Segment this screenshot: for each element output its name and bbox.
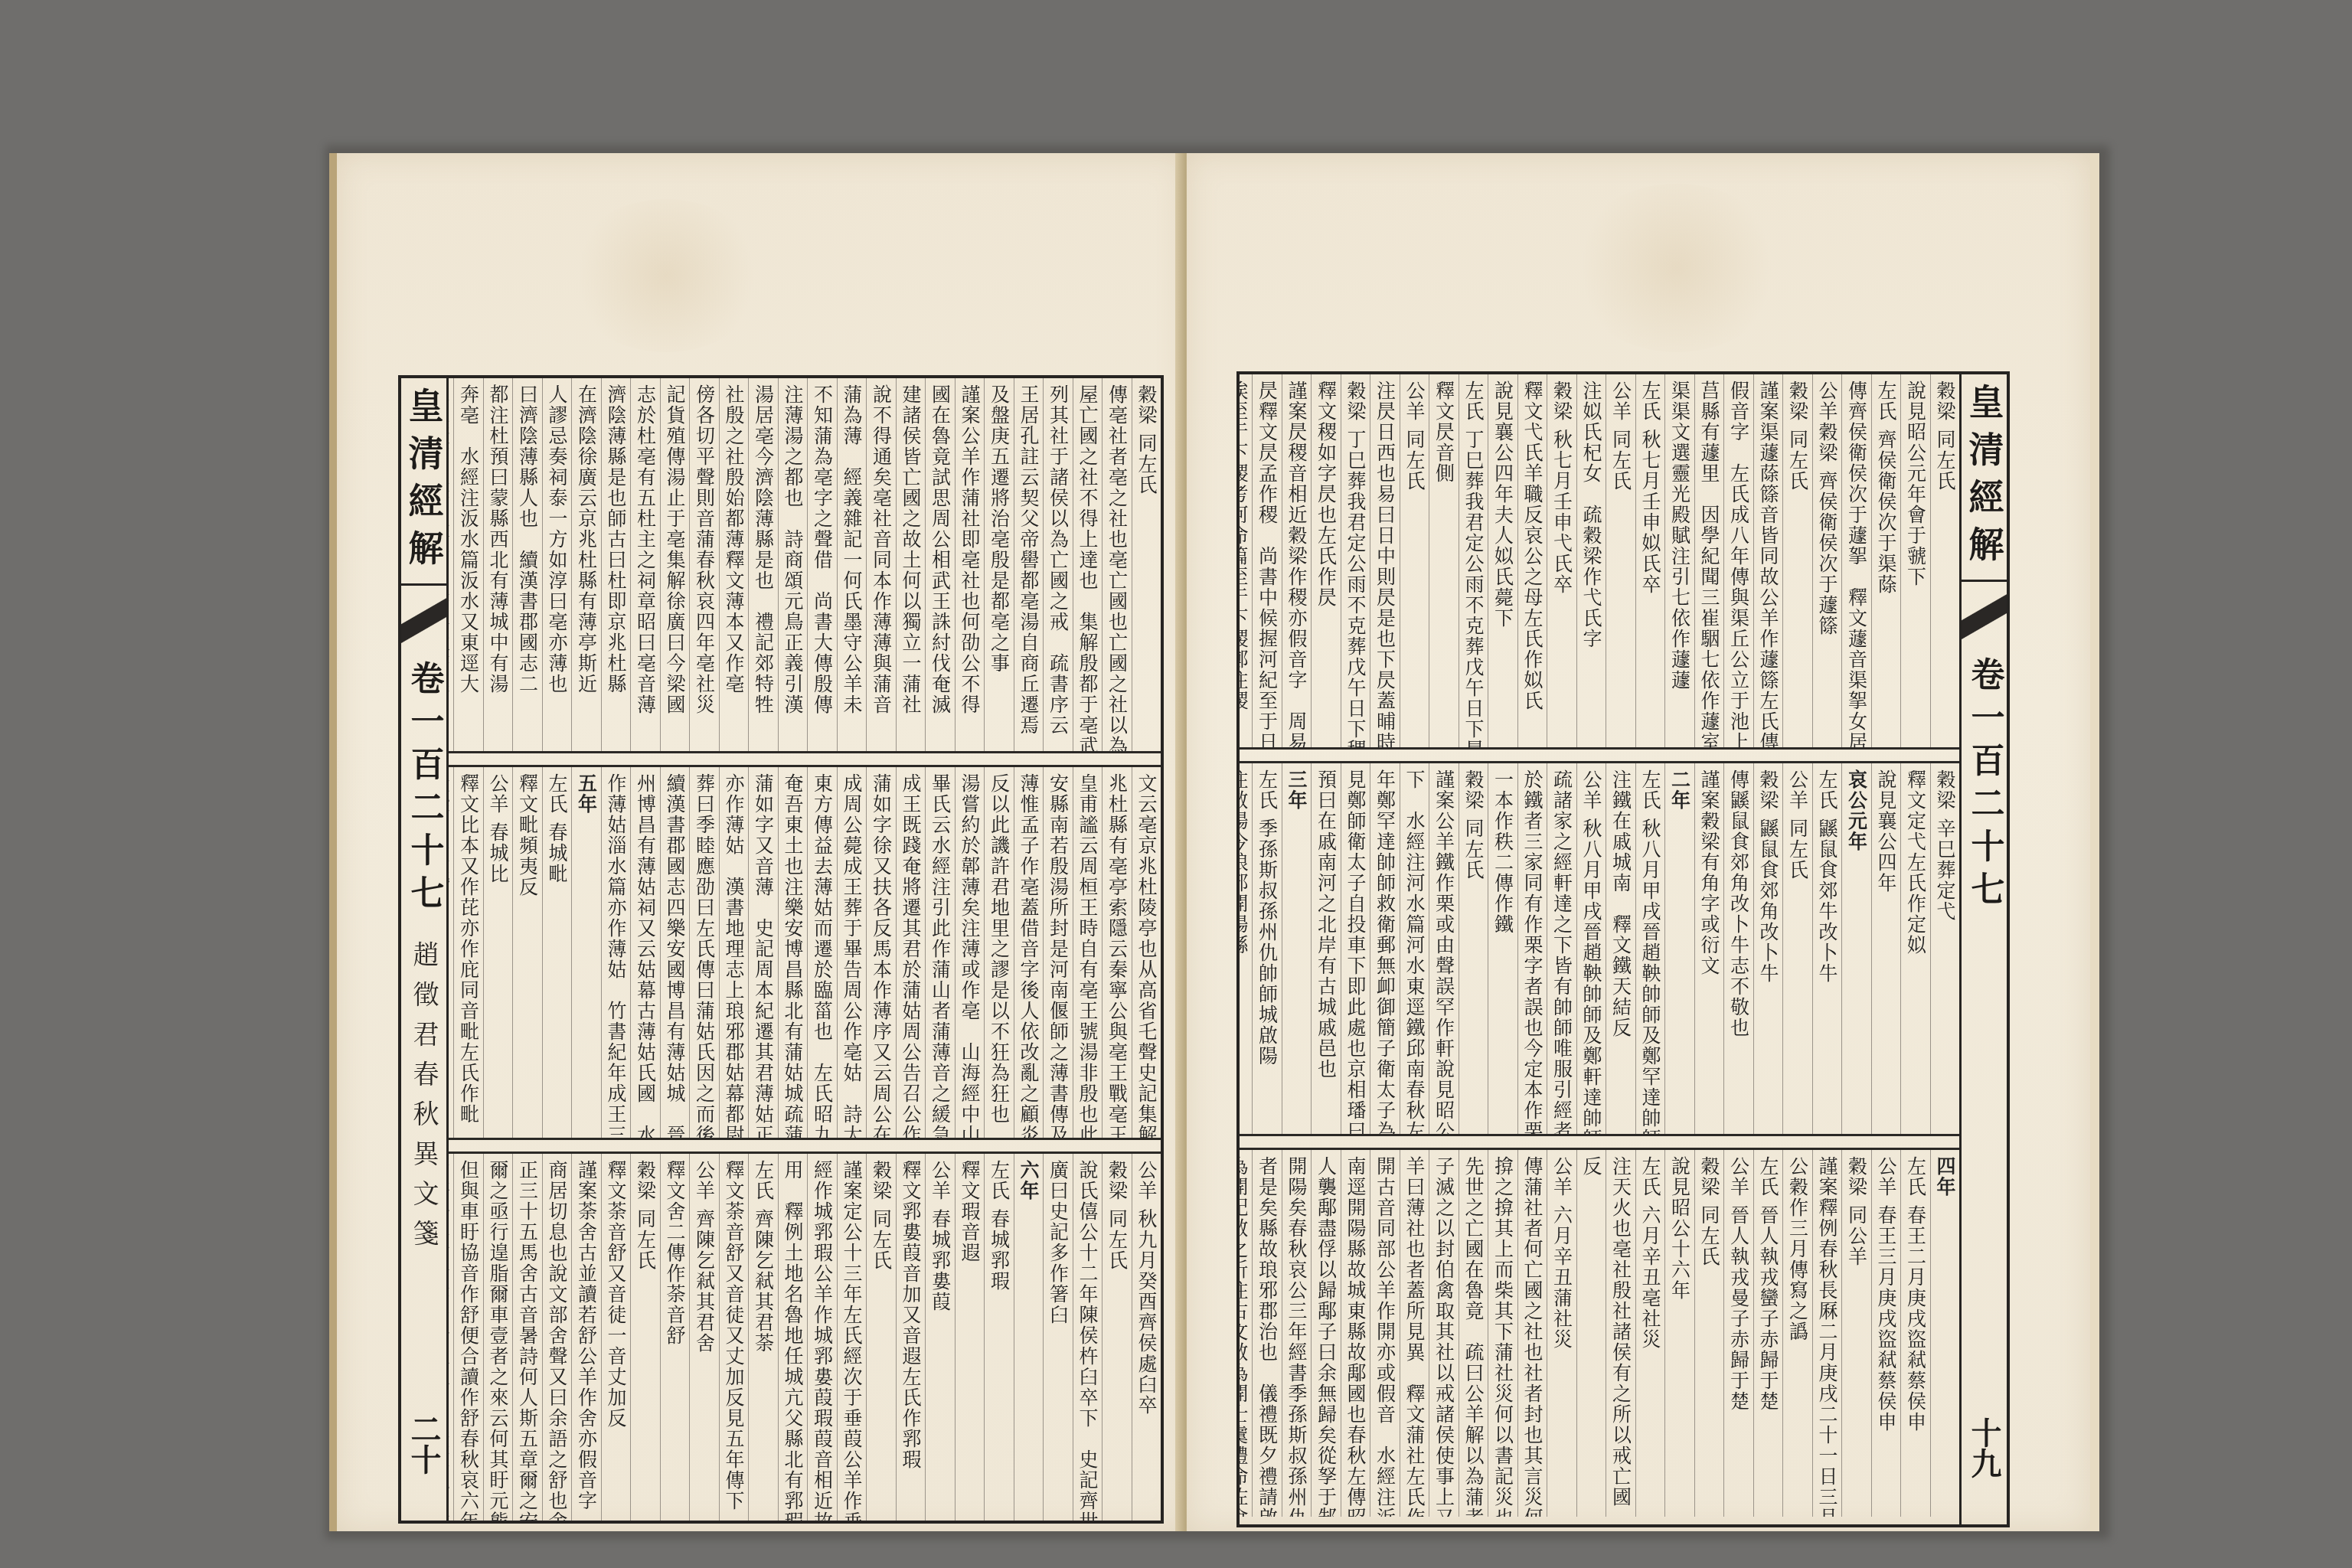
text-column: 記貨殖傳湯止于亳集解徐廣曰今梁國 — [660, 378, 690, 751]
text-column: 穀梁 丁巳葬我君定公雨不克葬戊午日下稷乃克葬 — [1341, 374, 1370, 747]
text-column: 蒲如字徐又扶各反馬本作薄序又云周公在豐將沒 — [866, 767, 896, 1138]
text-column: 左氏 季孫斯叔孫州仇帥師城啟陽 — [1252, 763, 1282, 1134]
text-column: 人謬忌奏祠泰一方如淳曰亳亦薄也 — [542, 378, 572, 751]
text-column: 經作城郛瑕公羊作城郛婁葭瑕葭音相近故公羊假音互 — [807, 1154, 837, 1521]
text-column: 穀梁 鼷鼠食郊角改卜牛 — [1753, 763, 1783, 1134]
text-column: 湯居亳今濟陰薄縣是也 禮記郊特牲 — [748, 378, 778, 751]
text-column: 疏諸家之經軒達之下皆有帥師唯服引經者無與諸家異 — [1547, 763, 1576, 1134]
text-column: 屋亡國之社不得上達也 集解殷都于亳武王克紂而班 — [1073, 378, 1102, 751]
text-column: 傳齊侯衛侯次于蘧挐 釋文蘧音渠挐女居反又女加反 — [1841, 374, 1871, 747]
text-column: 穀梁 秋七月壬申弋氏卒 — [1547, 374, 1576, 747]
text-column: 公羊穀梁 齊侯衛侯次于蘧篨 — [1812, 374, 1842, 747]
text-column: 年鄭罕達帥師救衛郵無卹御簡子衛太子為右登鐵上望 — [1370, 763, 1400, 1134]
text-column: 社殷之社殷始都薄釋文薄本又作亳 — [719, 378, 749, 751]
text-column: 俟至于下稷考河命篇至于下稷鄭注稷 — [1240, 374, 1252, 747]
right-register-middle: 穀梁 辛巳葬定弋釋文定弋左氏作定姒說見襄公四年哀公元年左氏 鼷鼠食郊牛改卜牛公羊… — [1240, 761, 1959, 1136]
text-column: 薄惟孟子作亳蓋借音字後人依改亂之顧炎武不考 — [1014, 767, 1044, 1138]
text-column: 釋文弋氏羊職反哀公之母左氏作姒氏 — [1517, 374, 1547, 747]
left-page-frame: 皇清經解 卷一百二十七 趙徵君春秋異文箋 二十 穀梁 同左氏傳亳社者亳之社也亳亡… — [398, 375, 1164, 1524]
text-column: 莒縣有蘧里 因學紀聞三崔駰七依作蘧室之美云夏屋 — [1694, 374, 1724, 747]
text-column: 公羊 六月辛丑蒲社災 — [1547, 1150, 1576, 1517]
text-column: 為開記啟之昕注古文啟為開士虞禮命佐食啟會注今文 — [1240, 1150, 1252, 1517]
paper-stain — [567, 199, 766, 352]
text-column: 說見襄公四年 — [1871, 763, 1901, 1134]
text-column: 釋文比本又作芘亦作庇同音毗左氏作毗 — [453, 767, 483, 1138]
text-column: 注啟陽今琅邪開陽縣 — [1240, 763, 1252, 1134]
text-column: 東方傳益去薄姑而遷於臨菑也 左氏昭九年傳蒲 — [807, 767, 837, 1138]
text-column: 在濟陰徐廣云京兆杜縣有薄亭斯近 — [571, 378, 601, 751]
text-column: 公羊 晉人執戎曼子赤歸于楚 — [1723, 1150, 1753, 1517]
text-column: 公穀作三月傳寫之譌 — [1782, 1150, 1812, 1517]
text-column: 下 水經注河水篇河水東逕鐵邱南春秋左氏傳哀公二 — [1400, 763, 1429, 1134]
text-column: 亦作薄姑 漢書地理志上琅邪郡姑幕都尉治或曰 — [719, 767, 749, 1138]
left-register-bottom: 公羊 秋九月癸酉齊侯處臼卒穀梁 同左氏說氏僖公十二年陳侯杵臼卒下 史記齊世家作杵… — [449, 1151, 1161, 1521]
text-column: 謹案昃稷音相近穀梁作稷亦假音字 周易豐彖日中則 — [1282, 374, 1312, 747]
text-column: 蒲為薄 經義雜記一何氏墨守公羊未 — [837, 378, 867, 751]
text-column: 爾之亟行遑脂爾車壹者之來云何其盱元熊朋來曰舍非 — [483, 1154, 513, 1521]
text-column: 曰濟陰薄縣人也 續漢書郡國志二 — [512, 378, 542, 751]
text-column: 兆杜縣有亳亭索隱云秦寧公與亳王戰亳王奔戎遂滅湯 — [1102, 767, 1132, 1138]
text-column: 四年 — [1930, 1150, 1960, 1517]
volume-label: 卷一百二十七 — [1960, 657, 2009, 914]
text-column: 公羊 秋八月甲戌晉趙鞅帥師及鄭軒達帥師戰于栗鄭師敗績 — [1576, 763, 1606, 1134]
text-column: 成周公薨成王葬于畢告周公作亳姑 詩大雅烝民 — [837, 767, 867, 1138]
text-column: 南逕開陽縣故城東縣故鄅國也春秋左傳昭公十八年邾 — [1341, 1150, 1370, 1517]
text-column: 州博昌有薄姑祠又云姑幕古薄姑氏國 水經注濟 — [630, 767, 660, 1138]
text-column: 釋文舍二傳作荼音舒 — [660, 1154, 690, 1521]
text-column: 列其社于諸侯以為亡國之戒 疏書序云 — [1043, 378, 1073, 751]
text-column: 公羊 春城比 — [483, 767, 513, 1138]
text-column: 謹案公羊作蒲社即亳社也何劭公不得 — [955, 378, 985, 751]
text-column: 羊曰薄社也者蓋所見異 釋文蒲社左氏作亳社 — [1400, 1150, 1429, 1517]
text-column: 先世之亡國在魯竟 疏曰公羊解以為蒲者古國之名天 — [1459, 1150, 1488, 1517]
text-column: 開陽矣春秋哀公三年經書季孫斯叔孫州仇帥師城啟陽 — [1282, 1150, 1312, 1517]
text-column: 子滅之以封伯禽取其社以戒諸侯使事上又曰賈氏云公 — [1429, 1150, 1459, 1517]
fishtail-mark-icon — [1962, 580, 2007, 651]
text-column: 安縣南若殷湯所封是河南偃師之薄書傳及本書亦多 — [1043, 767, 1073, 1138]
text-column: 左氏 鼷鼠食郊牛改卜牛 — [1812, 763, 1842, 1134]
text-column: 說不得通矣亳社音同本作薄薄與蒲音 — [866, 378, 896, 751]
text-column: 濟陰薄縣是也師古曰杜即京兆杜縣 — [601, 378, 631, 751]
text-column: 穀梁 同左氏 — [1694, 1150, 1724, 1517]
text-column: 穀梁 同左氏 — [1102, 1154, 1132, 1521]
text-column: 都注杜預曰蒙縣西北有薄城中有湯 — [483, 378, 513, 751]
text-column: 穀梁 同左氏 — [630, 1154, 660, 1521]
text-column: 左氏 晉人執戎蠻子赤歸于楚 — [1753, 1150, 1783, 1517]
text-column: 廣曰史記多作箸臼 — [1043, 1154, 1073, 1521]
text-column: 一本作秩二傳作鐵 — [1488, 763, 1517, 1134]
text-column: 六年 — [1014, 1154, 1044, 1521]
text-column: 傳亳社者亳之社也亳亡國也亡國之社以為廟屏戒也其 — [1102, 378, 1132, 751]
left-page-body: 穀梁 同左氏傳亳社者亳之社也亳亡國也亡國之社以為廟屏戒也其屋亡國之社不得上達也 … — [449, 378, 1161, 1521]
text-column: 見鄭師衛太子自投車下即此處也京相璠曰鐵邱名也杜 — [1341, 763, 1370, 1134]
text-column: 昃釋文昃孟作稷 尚書中候握河紀至于日稷運衡篇退 — [1252, 374, 1282, 747]
text-column: 穀梁 同左氏 — [1930, 374, 1960, 747]
page-number: 二十 — [402, 1413, 446, 1475]
text-column: 湯嘗約於郼薄矣注薄或作亳 山海經中山經薄山 — [955, 767, 985, 1138]
text-column: 左氏 春城郛瑕 — [984, 1154, 1014, 1521]
right-page-frame: 皇清經解 卷一百二十七 十九 穀梁 同左氏說見昭公元年會于虢下左氏 齊侯衛侯次于… — [1236, 371, 2010, 1527]
text-column: 左氏 齊陳乞弒其君荼 — [748, 1154, 778, 1521]
text-column: 左氏 秋八月甲戌晉趙鞅帥師及鄭罕達帥師戰于鐵鄭師敗績 — [1635, 763, 1665, 1134]
text-column: 釋文荼音舒又音徒又丈加反見五年傳下 — [719, 1154, 749, 1521]
text-column: 蒲如字又音薄 史記周本紀遷其君薄姑正義引括 — [748, 767, 778, 1138]
text-column: 穀梁 同左氏 — [1132, 378, 1161, 751]
right-register-bottom: 四年左氏 春王二月庚戌盜弒蔡侯申公羊 春王三月庚戌盜弒蔡侯申穀梁 同公羊謹案釋例… — [1240, 1148, 1959, 1517]
text-column: 文云亳京兆杜陵亭也从高省乇聲史記集解云徐廣曰京 — [1132, 767, 1161, 1138]
text-column: 公羊 齊陳乞弒其君舍 — [689, 1154, 719, 1521]
text-column: 傳鼷鼠食郊角改卜牛志不敬也 — [1723, 763, 1753, 1134]
work-subtitle: 趙徵君春秋異文箋 — [405, 941, 443, 1259]
text-column: 者是矣縣故琅邪郡治也 儀禮既夕禮請啟期注今文啟 — [1252, 1150, 1282, 1517]
book-title: 皇清經解 — [1959, 384, 2010, 573]
text-column: 注姒氏杞女 疏穀梁作弋氏字 — [1576, 374, 1606, 747]
text-column: 注天火也亳社殷社諸侯有之所以戒亡國 釋文亳步洛 — [1606, 1150, 1635, 1517]
text-column: 左氏 春城毗 — [542, 767, 572, 1138]
text-column: 謹案渠蘧蒢篨音皆同故公羊作蘧篨左氏傳又作蘧挐亦 — [1753, 374, 1783, 747]
text-column: 商居切息也說文部舍聲又曰余語之舒也舍省聲 唐韻 — [542, 1154, 572, 1521]
text-column: 說氏僖公十二年陳侯杵臼卒下 史記齊世家作杵臼徐 — [1073, 1154, 1102, 1521]
right-register-top: 穀梁 同左氏說見昭公元年會于虢下左氏 齊侯衛侯次于渠蒢傳齊侯衛侯次于蘧挐 釋文蘧… — [1240, 374, 1959, 750]
text-column: 注薄湯之都也 詩商頌元鳥正義引漢 — [778, 378, 808, 751]
text-column: 於鐵者三家同有作栗字者誤也今定本作栗字 釋文栗 — [1517, 763, 1547, 1134]
text-column: 皇甫謐云周桓王時自有亳王號湯非殷也此亳在陝西 — [1073, 767, 1102, 1138]
left-register-top: 穀梁 同左氏傳亳社者亳之社也亳亡國也亡國之社以為廟屏戒也其屋亡國之社不得上達也 … — [449, 378, 1161, 753]
text-column: 謹案穀梁有角字或衍文 — [1694, 763, 1724, 1134]
text-column: 穀梁 同左氏 — [866, 1154, 896, 1521]
text-column: 國在魯竟試思周公相武王誅紂伐奄滅 — [925, 378, 955, 751]
text-column: 釋文荼音舒又音徒一音丈加反 — [601, 1154, 631, 1521]
text-column: 人襲鄅盡俘以歸鄅子曰余無歸矣從孥于邾是也後更名 — [1311, 1150, 1341, 1517]
right-page-margin-column: 皇清經解 卷一百二十七 十九 — [1959, 374, 2007, 1524]
text-column: 左氏 丁巳葬我君定公雨不克葬戊午日下昃乃克葬 — [1459, 374, 1488, 747]
text-column: 謹案釋例春秋長厤二月庚戌二十一日三月不得有庚戌 — [1812, 1150, 1842, 1517]
text-column: 奄吾東土也注樂安博昌縣北有蒲姑城疏蒲姑齊也 — [778, 767, 808, 1138]
text-column: 左氏 秋七月壬申姒氏卒 — [1635, 374, 1665, 747]
text-column: 左氏 六月辛丑亳社災 — [1635, 1150, 1665, 1517]
text-column: 釋文毗頻夷反 — [512, 767, 542, 1138]
text-column: 穀梁 同左氏 — [1782, 374, 1812, 747]
text-column: 穀梁 辛巳葬定弋 — [1930, 763, 1960, 1134]
fishtail-mark-icon — [401, 583, 446, 655]
text-column: 建諸侯皆亡國之故土何以獨立一蒲社 — [896, 378, 926, 751]
page-number: 十九 — [1962, 1417, 2006, 1478]
book-title: 皇清經解 — [399, 387, 449, 577]
right-page-body: 穀梁 同左氏說見昭公元年會于虢下左氏 齊侯衛侯次于渠蒢傳齊侯衛侯次于蘧挐 釋文蘧… — [1240, 374, 1959, 1524]
text-column: 反 — [1576, 1150, 1606, 1517]
volume-label: 卷一百二十七 — [400, 661, 449, 918]
text-column: 渠渠文選靈光殿賦注引七依作蘧蘧 — [1664, 374, 1694, 747]
text-column: 釋文稷如字昃也左氏作昃 — [1311, 374, 1341, 747]
text-column: 公羊 春王三月庚戌盜弒蔡侯申 — [1871, 1150, 1901, 1517]
text-column: 公羊 春城郛婁葭 — [925, 1154, 955, 1521]
left-register-middle: 文云亳京兆杜陵亭也从高省乇聲史記集解云徐廣曰京兆杜縣有亳亭索隱云秦寧公與亳王戰亳… — [449, 765, 1161, 1140]
text-column: 預曰在戚南河之北岸有古城戚邑也 — [1311, 763, 1341, 1134]
text-column: 說見襄公四年夫人姒氏薨下 — [1488, 374, 1517, 747]
text-column: 王居孔註云契父帝嚳都亳湯自商丘遷焉 — [1014, 378, 1044, 751]
text-column: 作薄姑淄水篇亦作薄姑 竹書紀年成王三年滅蒲 — [601, 767, 631, 1138]
text-column: 左氏 春王二月庚戌盜弒蔡侯申 — [1900, 1150, 1930, 1517]
text-column: 公羊 同左氏 — [1606, 374, 1635, 747]
text-column: 揜之揜其上而柴其下蒲社災何以書記災也 注蒲社者 — [1488, 1150, 1517, 1517]
text-column: 公羊 同左氏 — [1400, 374, 1429, 747]
right-page: 皇清經解 卷一百二十七 十九 穀梁 同左氏說見昭公元年會于虢下左氏 齊侯衛侯次于… — [1187, 153, 2099, 1531]
text-column: 左氏 齊侯衛侯次于渠蒢 — [1871, 374, 1901, 747]
text-column: 穀梁 同左氏 — [1459, 763, 1488, 1134]
text-column: 公羊 同左氏 — [1782, 763, 1812, 1134]
text-column: 反以此譏許君地里之謬是以不狂為狂也 呂覽具備 — [984, 767, 1014, 1138]
text-column: 傍各切平聲則音蒲春秋哀四年亳社災 — [689, 378, 719, 751]
text-column: 二年 — [1664, 763, 1694, 1134]
text-column: 志於杜亳有五杜主之祠章昭曰亳音薄 — [630, 378, 660, 751]
text-column: 奔亳 水經注汳水篇汳水又東逕大 — [453, 378, 483, 751]
text-column: 用 釋例土地名魯地任城亢父縣北有郛瑕城 — [778, 1154, 808, 1521]
text-column: 注鐵在戚城南 釋文鐵天結反 — [1606, 763, 1635, 1134]
text-column: 謹案公羊鐵作栗或由聲誤罕作軒說見昭公元年會于虢 — [1429, 763, 1459, 1134]
text-column: 說見昭公十六年 — [1664, 1150, 1694, 1517]
text-column: 哀公元年 — [1841, 763, 1871, 1134]
text-column: 謹案荼舍古並讀若舒公羊作舍亦假音字 韻補九魚舍 — [571, 1154, 601, 1521]
text-column: 及盤庚五遷將治亳殷是都亳之事 — [984, 378, 1014, 751]
text-column: 但與車盱協音作舒便合讀作舒春秋哀六年齊陳乞弒其 — [453, 1154, 483, 1521]
text-column: 開古音同部公羊作開亦或假音 水經注沂水篇沂水又 — [1370, 1150, 1400, 1517]
left-page-margin-column: 皇清經解 卷一百二十七 趙徵君春秋異文箋 二十 — [401, 378, 449, 1521]
text-column: 謹案定公十三年左氏經次于垂葭公羊作垂瑕此年左氏 — [837, 1154, 867, 1521]
text-column: 注昃日西也易曰日中則昃是也下昃蓋晡時 — [1370, 374, 1400, 747]
text-column: 假音字 左氏成八年傳與渠丘公立于池上注渠丘邑名 — [1723, 374, 1753, 747]
text-column: 穀梁 同公羊 — [1841, 1150, 1871, 1517]
text-column: 葬曰季睦應劭曰左氏傳曰蒲姑氏因之而後太公因 — [689, 767, 719, 1138]
text-column: 釋文昃音側 — [1429, 374, 1459, 747]
text-column: 續漢書郡國志四樂安國博昌有薄姑城 晉書地理 — [660, 767, 690, 1138]
text-column: 釋文定弋左氏作定姒 — [1900, 763, 1930, 1134]
left-page: 皇清經解 卷一百二十七 趙徵君春秋異文箋 二十 穀梁 同左氏傳亳社者亳之社也亳亡… — [329, 153, 1187, 1531]
text-column: 釋文瑕音遐 — [955, 1154, 985, 1521]
text-column: 五年 — [571, 767, 601, 1138]
text-column: 公羊 秋九月癸酉齊侯處臼卒 — [1132, 1154, 1161, 1521]
text-column: 三年 — [1282, 763, 1312, 1134]
text-column: 成王既踐奄將遷其君於蒲姑周公告召公作將蒲姑 — [896, 767, 926, 1138]
text-column: 釋文郛婁葭音加又音遐左氏作郛瑕 — [896, 1154, 926, 1521]
text-column: 傳蒲社者何亡國之社也社者封也其言災何亡國之社蓋 — [1517, 1150, 1547, 1517]
text-column: 正三十五馬舍古音暑詩何人斯五章爾之安行亦不遑舍 — [512, 1154, 542, 1521]
text-column: 說見昭公元年會于虢下 — [1900, 374, 1930, 747]
text-column: 畢氏云水經注引此作蒲山者蒲薄音之緩急通也 — [925, 767, 955, 1138]
text-column: 不知蒲為亳字之聲借 尚書大傳殷傳 — [807, 378, 837, 751]
paper-stain — [1570, 184, 1784, 352]
